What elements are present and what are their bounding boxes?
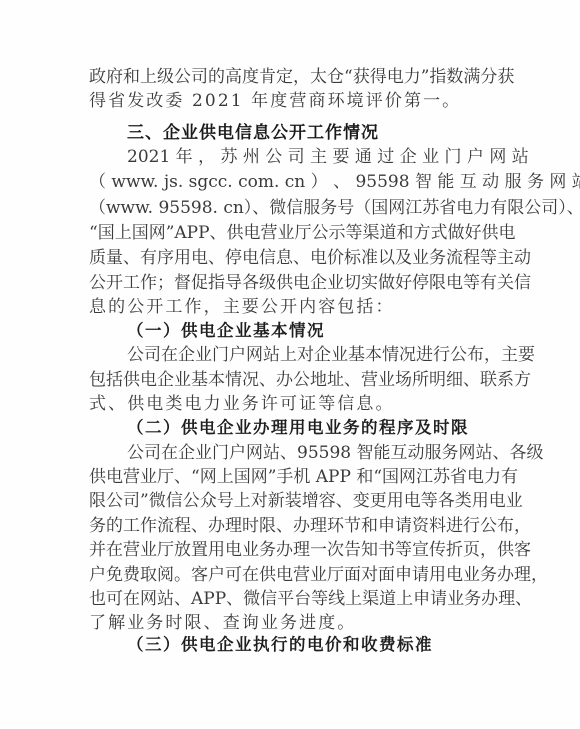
paragraph-line: 2021 年 ， 苏 州 公 司 主 要 通 过 企 业 门 户 网 站 — [127, 145, 493, 169]
paragraph-line: 政府和上级公司的高度肯定，太仓“获得电力”指数满分获 — [89, 65, 493, 89]
paragraph-line: 并在营业厅放置用电业务办理一次告知书等宣传折页，供客 — [89, 538, 493, 562]
paragraph-line: 公司在企业门户网站上对企业基本情况进行公布，主要 — [127, 343, 493, 367]
subsection-heading: （一）供电企业基本情况 — [127, 319, 531, 343]
section-heading: 三、企业供电信息公开工作情况 — [127, 121, 531, 145]
paragraph-line: 也可在网站、APP、微信平台等线上渠道上申请业务办理、 — [89, 587, 493, 611]
paragraph-line: 公司在企业门户网站、95598 智能互动服务网站、各级 — [127, 441, 493, 465]
paragraph-line: 公开工作；督促指导各级供电企业切实做好停限电等有关信 — [89, 271, 493, 295]
document-page: 政府和上级公司的高度肯定，太仓“获得电力”指数满分获 得省发改委 2021 年度… — [0, 0, 580, 729]
paragraph-line: 供电营业厅、“网上国网”手机 APP 和“国网江苏省电力有 — [89, 465, 493, 489]
subsection-heading: （三）供电企业执行的电价和收费标准 — [127, 633, 531, 657]
subsection-heading: （二）供电企业办理用电业务的程序及时限 — [127, 416, 531, 440]
paragraph-line: 包括供电企业基本情况、办公地址、营业场所明细、联系方 — [89, 368, 493, 392]
paragraph-line: 式、供电类电力业务许可证等信息。 — [89, 392, 493, 416]
paragraph-line: 息的公开工作，主要公开内容包括： — [89, 295, 493, 319]
paragraph-line: 务的工作流程、办理时限、办理环节和申请资料进行公布， — [89, 514, 493, 538]
paragraph-line: 质量、有序用电、停电信息、电价标准以及业务流程等主动 — [89, 246, 493, 270]
paragraph-line: （ www. js. sgcc. com. cn ） 、 95598 智 能 互… — [89, 170, 493, 194]
paragraph-line: 户免费取阅。客户可在供电营业厅面对面申请用电业务办理， — [89, 563, 493, 587]
paragraph-line: （www. 95598. cn）、微信服务号（国网江苏省电力有限公司）、 — [89, 196, 493, 220]
paragraph-line: 了解业务时限、查询业务进度。 — [89, 611, 493, 635]
paragraph-line: “国上国网”APP、供电营业厅公示等渠道和方式做好供电 — [89, 221, 493, 245]
paragraph-line: 限公司”微信公众号上对新装增容、变更用电等各类用电业 — [89, 489, 493, 513]
paragraph-line: 得省发改委 2021 年度营商环境评价第一。 — [89, 89, 493, 113]
